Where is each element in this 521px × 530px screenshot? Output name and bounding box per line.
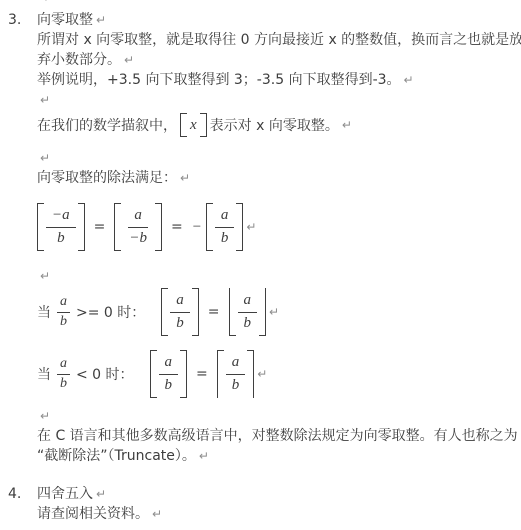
math-variable-x: x	[187, 113, 200, 137]
fraction-a-over-b: a b	[226, 354, 246, 394]
condition-text: < 0 时：	[76, 364, 134, 384]
notation-post-text: 表示对 x 向零取整。	[210, 115, 339, 135]
fraction-numerator: −a	[46, 207, 76, 227]
paragraph-mark: ↵	[96, 13, 106, 27]
empty-paragraph: ↵	[37, 406, 521, 426]
notation-line: 在我们的数学描叙中， x 表示对 x 向零取整。 ↵	[37, 110, 521, 140]
reference-text: 请查阅相关资料。	[37, 506, 149, 522]
paragraph-mark: ↵	[124, 53, 134, 67]
paragraph-mark: ↵	[152, 507, 162, 521]
list-item-4: 4. 四舍五入↵ 请查阅相关资料。↵	[0, 484, 521, 524]
square-bracket-right-icon	[180, 350, 187, 398]
fraction-a-over-b: a b	[238, 292, 258, 332]
list-number-3: 3.	[0, 10, 37, 466]
definition-line-2: 弃小数部分。↵	[37, 50, 521, 70]
fraction-denominator: b	[57, 313, 70, 330]
section-title: 向零取整↵	[37, 10, 521, 30]
equals-sign: =	[94, 219, 106, 235]
bracketed-fraction-1: −a b	[37, 203, 85, 251]
equals-sign: =	[171, 219, 183, 235]
square-bracket-right-icon	[200, 113, 207, 137]
empty-paragraph: ↵	[37, 266, 521, 286]
definition-text-2: 弃小数部分。	[37, 52, 121, 68]
paragraph-mark: ↵	[404, 73, 414, 87]
fraction-denominator: b	[238, 313, 258, 332]
fraction-numerator: a	[215, 207, 235, 227]
paragraph-mark: ↵	[96, 487, 106, 501]
paragraph-mark: ↵	[40, 409, 50, 423]
case-nonnegative-formula: 当 a b >= 0 时： a b =	[37, 286, 521, 338]
list-item-4-content: 四舍五入↵ 请查阅相关资料。↵	[37, 484, 521, 524]
clang-line-1: 在 C 语言和其他多数高级语言中，对整数除法规定为向零取整。有人也称之为	[37, 426, 521, 446]
list-number-4: 4.	[0, 484, 37, 524]
condition-fraction: a b	[57, 294, 70, 329]
section-title-text: 向零取整	[37, 12, 93, 28]
fraction-numerator: a	[159, 354, 179, 374]
fraction-numerator: a	[226, 354, 246, 374]
paragraph-mark: ↵	[269, 305, 279, 319]
paragraph-mark: ↵	[246, 220, 256, 234]
fraction-denominator: b	[57, 375, 70, 392]
paragraph-mark: ↵	[40, 269, 50, 283]
list-item-3: 3. 向零取整↵ 所谓对 x 向零取整，就是取得往 0 方向最接近 x 的整数值…	[0, 10, 521, 466]
when-text: 当	[37, 364, 51, 384]
when-text: 当	[37, 302, 51, 322]
fraction-denominator: b	[170, 313, 190, 332]
square-bracket-left-icon	[206, 203, 213, 251]
bracketed-fraction-lhs: a b	[161, 288, 199, 336]
fraction-denominator: −b	[123, 228, 153, 247]
bracketed-fraction-lhs: a b	[150, 350, 188, 398]
clang-line-2: “截断除法”（Truncate）。↵	[37, 446, 521, 466]
square-bracket-left-icon	[150, 350, 157, 398]
example-line: 举例说明，+3.5 向下取整得到 3；-3.5 向下取整得到-3。↵	[37, 70, 521, 90]
list-item-3-content: 向零取整↵ 所谓对 x 向零取整，就是取得往 0 方向最接近 x 的整数值，换而…	[37, 10, 521, 466]
fraction-a-over-b: a b	[170, 292, 190, 332]
square-bracket-left-icon	[161, 288, 168, 336]
paragraph-mark: ↵	[257, 367, 267, 381]
fraction-numerator: a	[57, 294, 70, 312]
definition-text-1: 所谓对 x 向零取整，就是取得往 0 方向最接近 x 的整数值，换而言之也就是放	[37, 32, 521, 48]
paragraph-mark: ↵	[43, 0, 53, 5]
fraction-denominator: b	[51, 228, 71, 247]
clang-text-1: 在 C 语言和其他多数高级语言中，对整数除法规定为向零取整。有人也称之为	[37, 428, 518, 444]
reference-line: 请查阅相关资料。↵	[37, 504, 521, 524]
fraction-denominator: b	[226, 375, 246, 394]
bracketed-x: x	[180, 113, 207, 137]
floor-fraction-rhs: a b	[229, 288, 267, 336]
floor-bracket-left-icon	[229, 288, 236, 336]
fraction-numerator: a	[170, 292, 190, 312]
ceiling-bracket-left-icon	[217, 350, 224, 398]
fraction-numerator: a	[128, 207, 148, 227]
clang-text-2: “截断除法”（Truncate）。	[37, 448, 196, 464]
floor-bracket-right-icon	[259, 288, 266, 336]
paragraph-mark: ↵	[40, 93, 50, 107]
fraction-a-over-neg-b: a −b	[123, 207, 153, 247]
paragraph-mark: ↵	[199, 449, 209, 463]
square-bracket-right-icon	[192, 288, 199, 336]
notation-pre-text: 在我们的数学描叙中，	[37, 115, 177, 135]
fraction-a-over-b: a b	[159, 354, 179, 394]
paragraph-mark: ↵	[180, 171, 190, 185]
square-bracket-left-icon	[180, 113, 187, 137]
ceiling-bracket-right-icon	[247, 350, 254, 398]
definition-line-1: 所谓对 x 向零取整，就是取得往 0 方向最接近 x 的整数值，换而言之也就是放	[37, 30, 521, 50]
empty-paragraph: ↵	[37, 90, 521, 110]
example-text: 举例说明，+3.5 向下取整得到 3；-3.5 向下取整得到-3。	[37, 72, 401, 88]
fraction-numerator: a	[57, 356, 70, 374]
fraction-denominator: b	[215, 228, 235, 247]
square-bracket-left-icon	[37, 203, 44, 251]
division-intro-line: 向零取整的除法满足：↵	[37, 168, 521, 188]
fraction-a-over-b: a b	[215, 207, 235, 247]
condition-text: >= 0 时：	[76, 302, 145, 322]
condition-fraction: a b	[57, 356, 70, 391]
empty-paragraph: ↵	[37, 148, 521, 168]
case-negative-formula: 当 a b < 0 时： a b =	[37, 348, 521, 400]
square-bracket-left-icon	[114, 203, 121, 251]
square-bracket-right-icon	[155, 203, 162, 251]
ceiling-fraction-rhs: a b	[217, 350, 255, 398]
square-bracket-right-icon	[236, 203, 243, 251]
bracketed-fraction-2: a −b	[114, 203, 162, 251]
section-title: 四舍五入↵	[37, 484, 521, 504]
document-page: ↵ 3. 向零取整↵ 所谓对 x 向零取整，就是取得往 0 方向最接近 x 的整…	[0, 0, 521, 524]
equals-sign: =	[208, 304, 220, 320]
bracketed-fraction-3: a b	[206, 203, 244, 251]
division-intro-text: 向零取整的除法满足：	[37, 170, 177, 186]
minus-sign: −	[192, 219, 202, 236]
fraction-denominator: b	[159, 375, 179, 394]
paragraph-mark: ↵	[342, 118, 352, 132]
paragraph-mark: ↵	[40, 151, 50, 165]
fraction-numerator: a	[238, 292, 258, 312]
square-bracket-right-icon	[78, 203, 85, 251]
fraction-neg-a-over-b: −a b	[46, 207, 76, 247]
section-title-text: 四舍五入	[37, 486, 93, 502]
equals-sign: =	[196, 366, 208, 382]
identity-formula: −a b = a −b = −	[37, 202, 521, 252]
